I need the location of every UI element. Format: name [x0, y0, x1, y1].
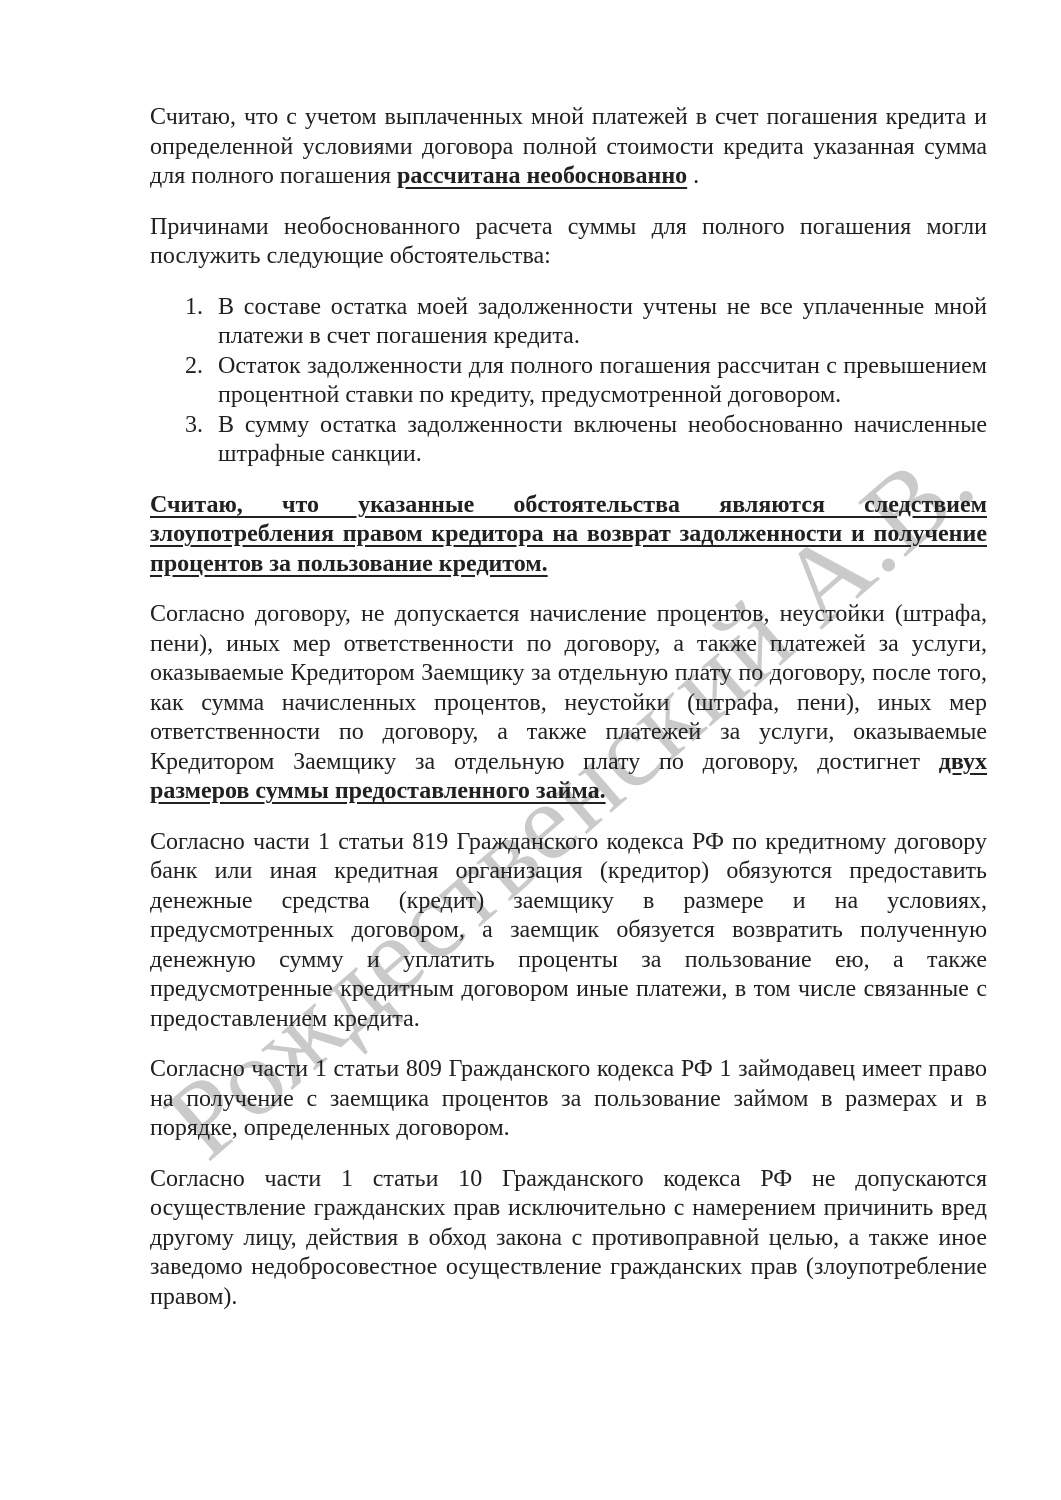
paragraph-contract-terms: Согласно договору, не допускается начисл… [150, 600, 987, 807]
list-item: 2.Остаток задолженности для полного пога… [218, 352, 987, 411]
list-number: 2. [185, 352, 203, 382]
paragraph-contract-lead: Согласно договору, не допускается начисл… [150, 601, 987, 775]
conclusion-statement: Считаю, что указанные обстоятельства явл… [150, 491, 987, 580]
document-content: Считаю, что с учетом выплаченных мной пл… [150, 103, 987, 1333]
paragraph-civil-code-809: Согласно части 1 статьи 809 Гражданского… [150, 1055, 987, 1144]
list-number: 1. [185, 293, 203, 323]
list-number: 3. [185, 411, 203, 441]
list-item: 1.В составе остатка моей задолженности у… [218, 293, 987, 352]
document-page: Рождественский А.В. Считаю, что с учетом… [0, 0, 1061, 1500]
conclusion-statement-text: Считаю, что указанные обстоятельства явл… [150, 492, 987, 577]
list-item: 3.В сумму остатка задолженности включены… [218, 411, 987, 470]
paragraph-opinion-tail: . [687, 163, 699, 189]
list-item-text: Остаток задолженности для полного погаше… [218, 353, 987, 409]
paragraph-civil-code-10: Согласно части 1 статьи 10 Гражданского … [150, 1165, 987, 1313]
paragraph-reasons-intro: Причинами необоснованного расчета суммы … [150, 213, 987, 272]
emphasis-unjustified-calculation: рассчитана необоснованно [397, 163, 687, 189]
list-item-text: В сумму остатка задолженности включены н… [218, 412, 987, 468]
list-item-text: В составе остатка моей задолженности учт… [218, 294, 987, 350]
reasons-list: 1.В составе остатка моей задолженности у… [150, 293, 987, 470]
paragraph-civil-code-819: Согласно части 1 статьи 819 Гражданского… [150, 828, 987, 1035]
paragraph-opinion: Считаю, что с учетом выплаченных мной пл… [150, 103, 987, 192]
